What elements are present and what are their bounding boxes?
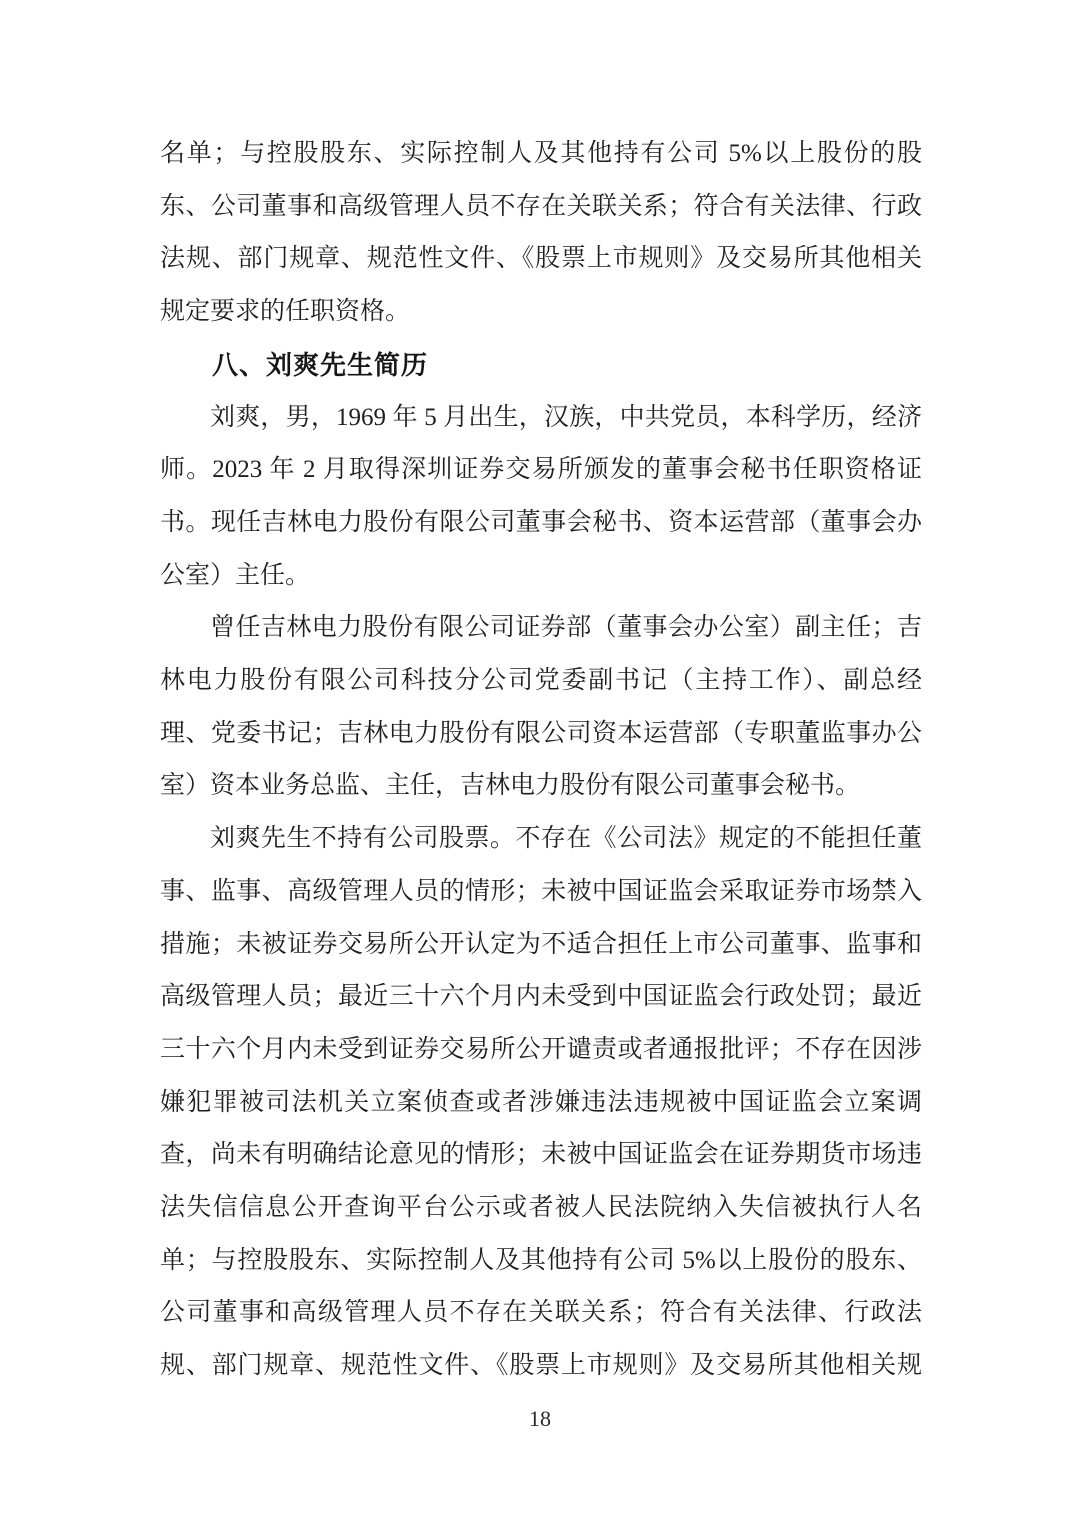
paragraph-qualification-continuation: 名单；与控股股东、实际控制人及其他持有公司 5%以上股份的股东、公司董事和高级管… — [160, 128, 922, 339]
paragraph-compliance-statement: 刘爽先生不持有公司股票。不存在《公司法》规定的不能担任董事、监事、高级管理人员的… — [160, 813, 922, 1400]
section-heading-liu-shuang-resume: 八、刘爽先生简历 — [160, 339, 922, 392]
document-body: 名单；与控股股东、实际控制人及其他持有公司 5%以上股份的股东、公司董事和高级管… — [160, 128, 922, 1400]
page-footer: 18 — [0, 1406, 1080, 1432]
paragraph-past-positions: 曾任吉林电力股份有限公司证券部（董事会办公室）副主任；吉林电力股份有限公司科技分… — [160, 602, 922, 813]
page-number: 18 — [529, 1406, 551, 1431]
paragraph-bio-current-positions: 刘爽，男，1969 年 5 月出生，汉族，中共党员，本科学历，经济师。2023 … — [160, 392, 922, 603]
document-page: 名单；与控股股东、实际控制人及其他持有公司 5%以上股份的股东、公司董事和高级管… — [0, 0, 1080, 1527]
